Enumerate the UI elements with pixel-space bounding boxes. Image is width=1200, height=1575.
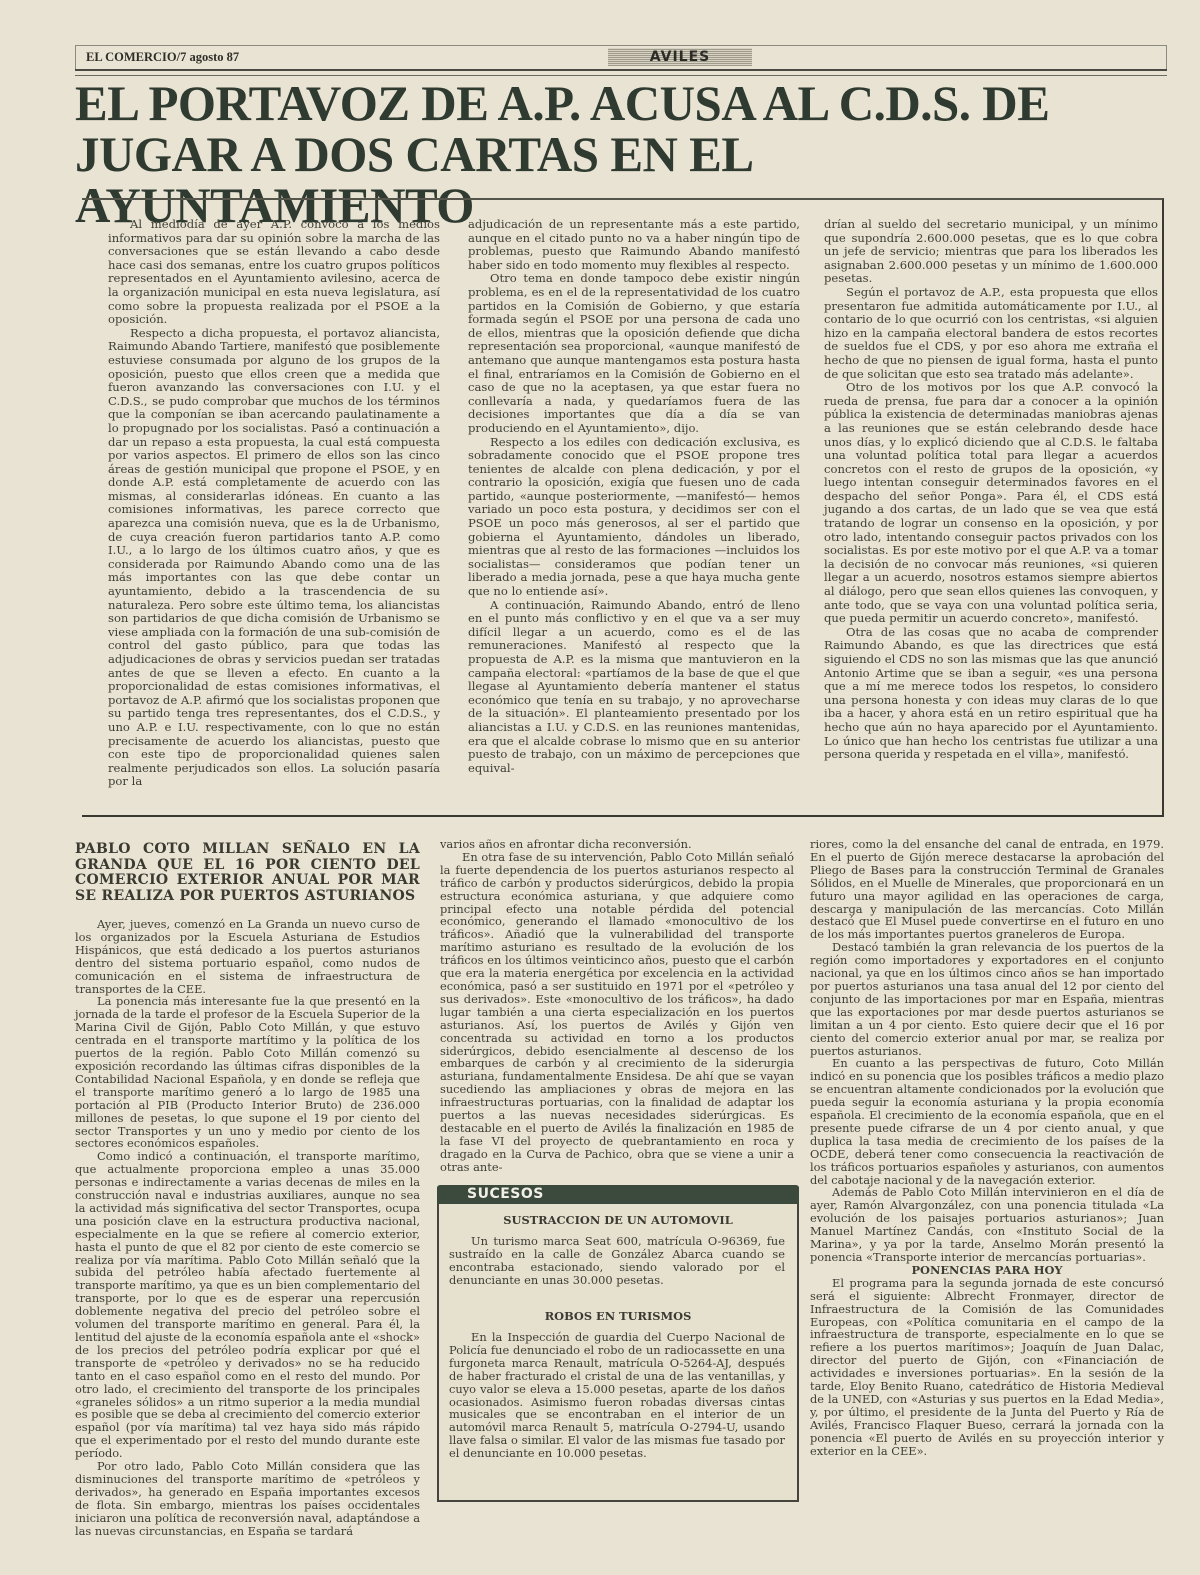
paragraph: adjudicación de un representante más a e… <box>468 218 800 272</box>
main-article-column-2: adjudicación de un representante más a e… <box>468 218 800 775</box>
paragraph: Al mediodía de ayer A.P. convocó a los m… <box>108 218 440 327</box>
paragraph: Como indicó a continuación, el transport… <box>75 1150 420 1460</box>
paragraph: Además de Pablo Coto Millán interviniero… <box>810 1186 1164 1263</box>
paragraph: En cuanto a las perspectivas de futuro, … <box>810 1057 1164 1186</box>
publication-date: EL COMERCIO/7 agosto 87 <box>86 50 239 65</box>
paragraph: Un turismo marca Seat 600, matrícula O-9… <box>449 1235 785 1287</box>
paragraph: Respecto a dicha propuesta, el portavoz … <box>108 327 440 789</box>
sucesos-item-title: ROBOS EN TURISMOS <box>439 1309 797 1323</box>
paragraph: Otro tema en donde tampoco debe existir … <box>468 272 800 435</box>
paragraph: varios años en afrontar dicha reconversi… <box>440 838 794 851</box>
paragraph: A continuación, Raimundo Abando, entró d… <box>468 599 800 776</box>
paragraph: Respecto a los ediles con dedicación exc… <box>468 436 800 599</box>
sucesos-box: SUCESOS SUSTRACCION DE UN AUTOMOVIL Un t… <box>437 1187 799 1502</box>
paragraph: La ponencia más interesante fue la que p… <box>75 995 420 1150</box>
paragraph: Ayer, jueves, comenzó en La Granda un nu… <box>75 918 420 995</box>
sucesos-label: SUCESOS <box>467 1186 544 1202</box>
paragraph: Otra de las cosas que no acaba de compre… <box>824 626 1158 762</box>
main-article-column-1: Al mediodía de ayer A.P. convocó a los m… <box>108 218 440 789</box>
subsection-title: PONENCIAS PARA HOY <box>810 1264 1164 1277</box>
paragraph: Según el portavoz de A.P., esta propuest… <box>824 286 1158 381</box>
main-article-column-3: drían al sueldo del secretario municipal… <box>824 218 1158 762</box>
paragraph: drían al sueldo del secretario municipal… <box>824 218 1158 286</box>
second-article-column-3: riores, como la del ensanche del canal d… <box>810 838 1164 1458</box>
paragraph: Destacó también la gran relevancia de lo… <box>810 941 1164 1057</box>
paragraph: Otro de los motivos por los que A.P. con… <box>824 381 1158 626</box>
sucesos-header-bar: SUCESOS <box>437 1185 799 1204</box>
page-header: EL COMERCIO/7 agosto 87 AVILES <box>75 45 1167 69</box>
second-article-column-1: Ayer, jueves, comenzó en La Granda un nu… <box>75 918 420 1538</box>
sucesos-item-text: En la Inspección de guardia del Cuerpo N… <box>449 1331 785 1460</box>
paragraph: En la Inspección de guardia del Cuerpo N… <box>449 1331 785 1460</box>
second-article-column-2: varios años en afrontar dicha reconversi… <box>440 838 794 1174</box>
paragraph: En otra fase de su intervención, Pablo C… <box>440 851 794 1174</box>
second-article-headline: PABLO COTO MILLAN SEÑALO EN LA GRANDA QU… <box>75 842 420 904</box>
paragraph: El programa para la segunda jornada de e… <box>810 1277 1164 1458</box>
section-label: AVILES <box>608 48 752 66</box>
paragraph: riores, como la del ensanche del canal d… <box>810 838 1164 941</box>
sucesos-item-title: SUSTRACCION DE UN AUTOMOVIL <box>439 1213 797 1227</box>
paragraph: Por otro lado, Pablo Coto Millán conside… <box>75 1460 420 1537</box>
sucesos-item-text: Un turismo marca Seat 600, matrícula O-9… <box>449 1235 785 1287</box>
